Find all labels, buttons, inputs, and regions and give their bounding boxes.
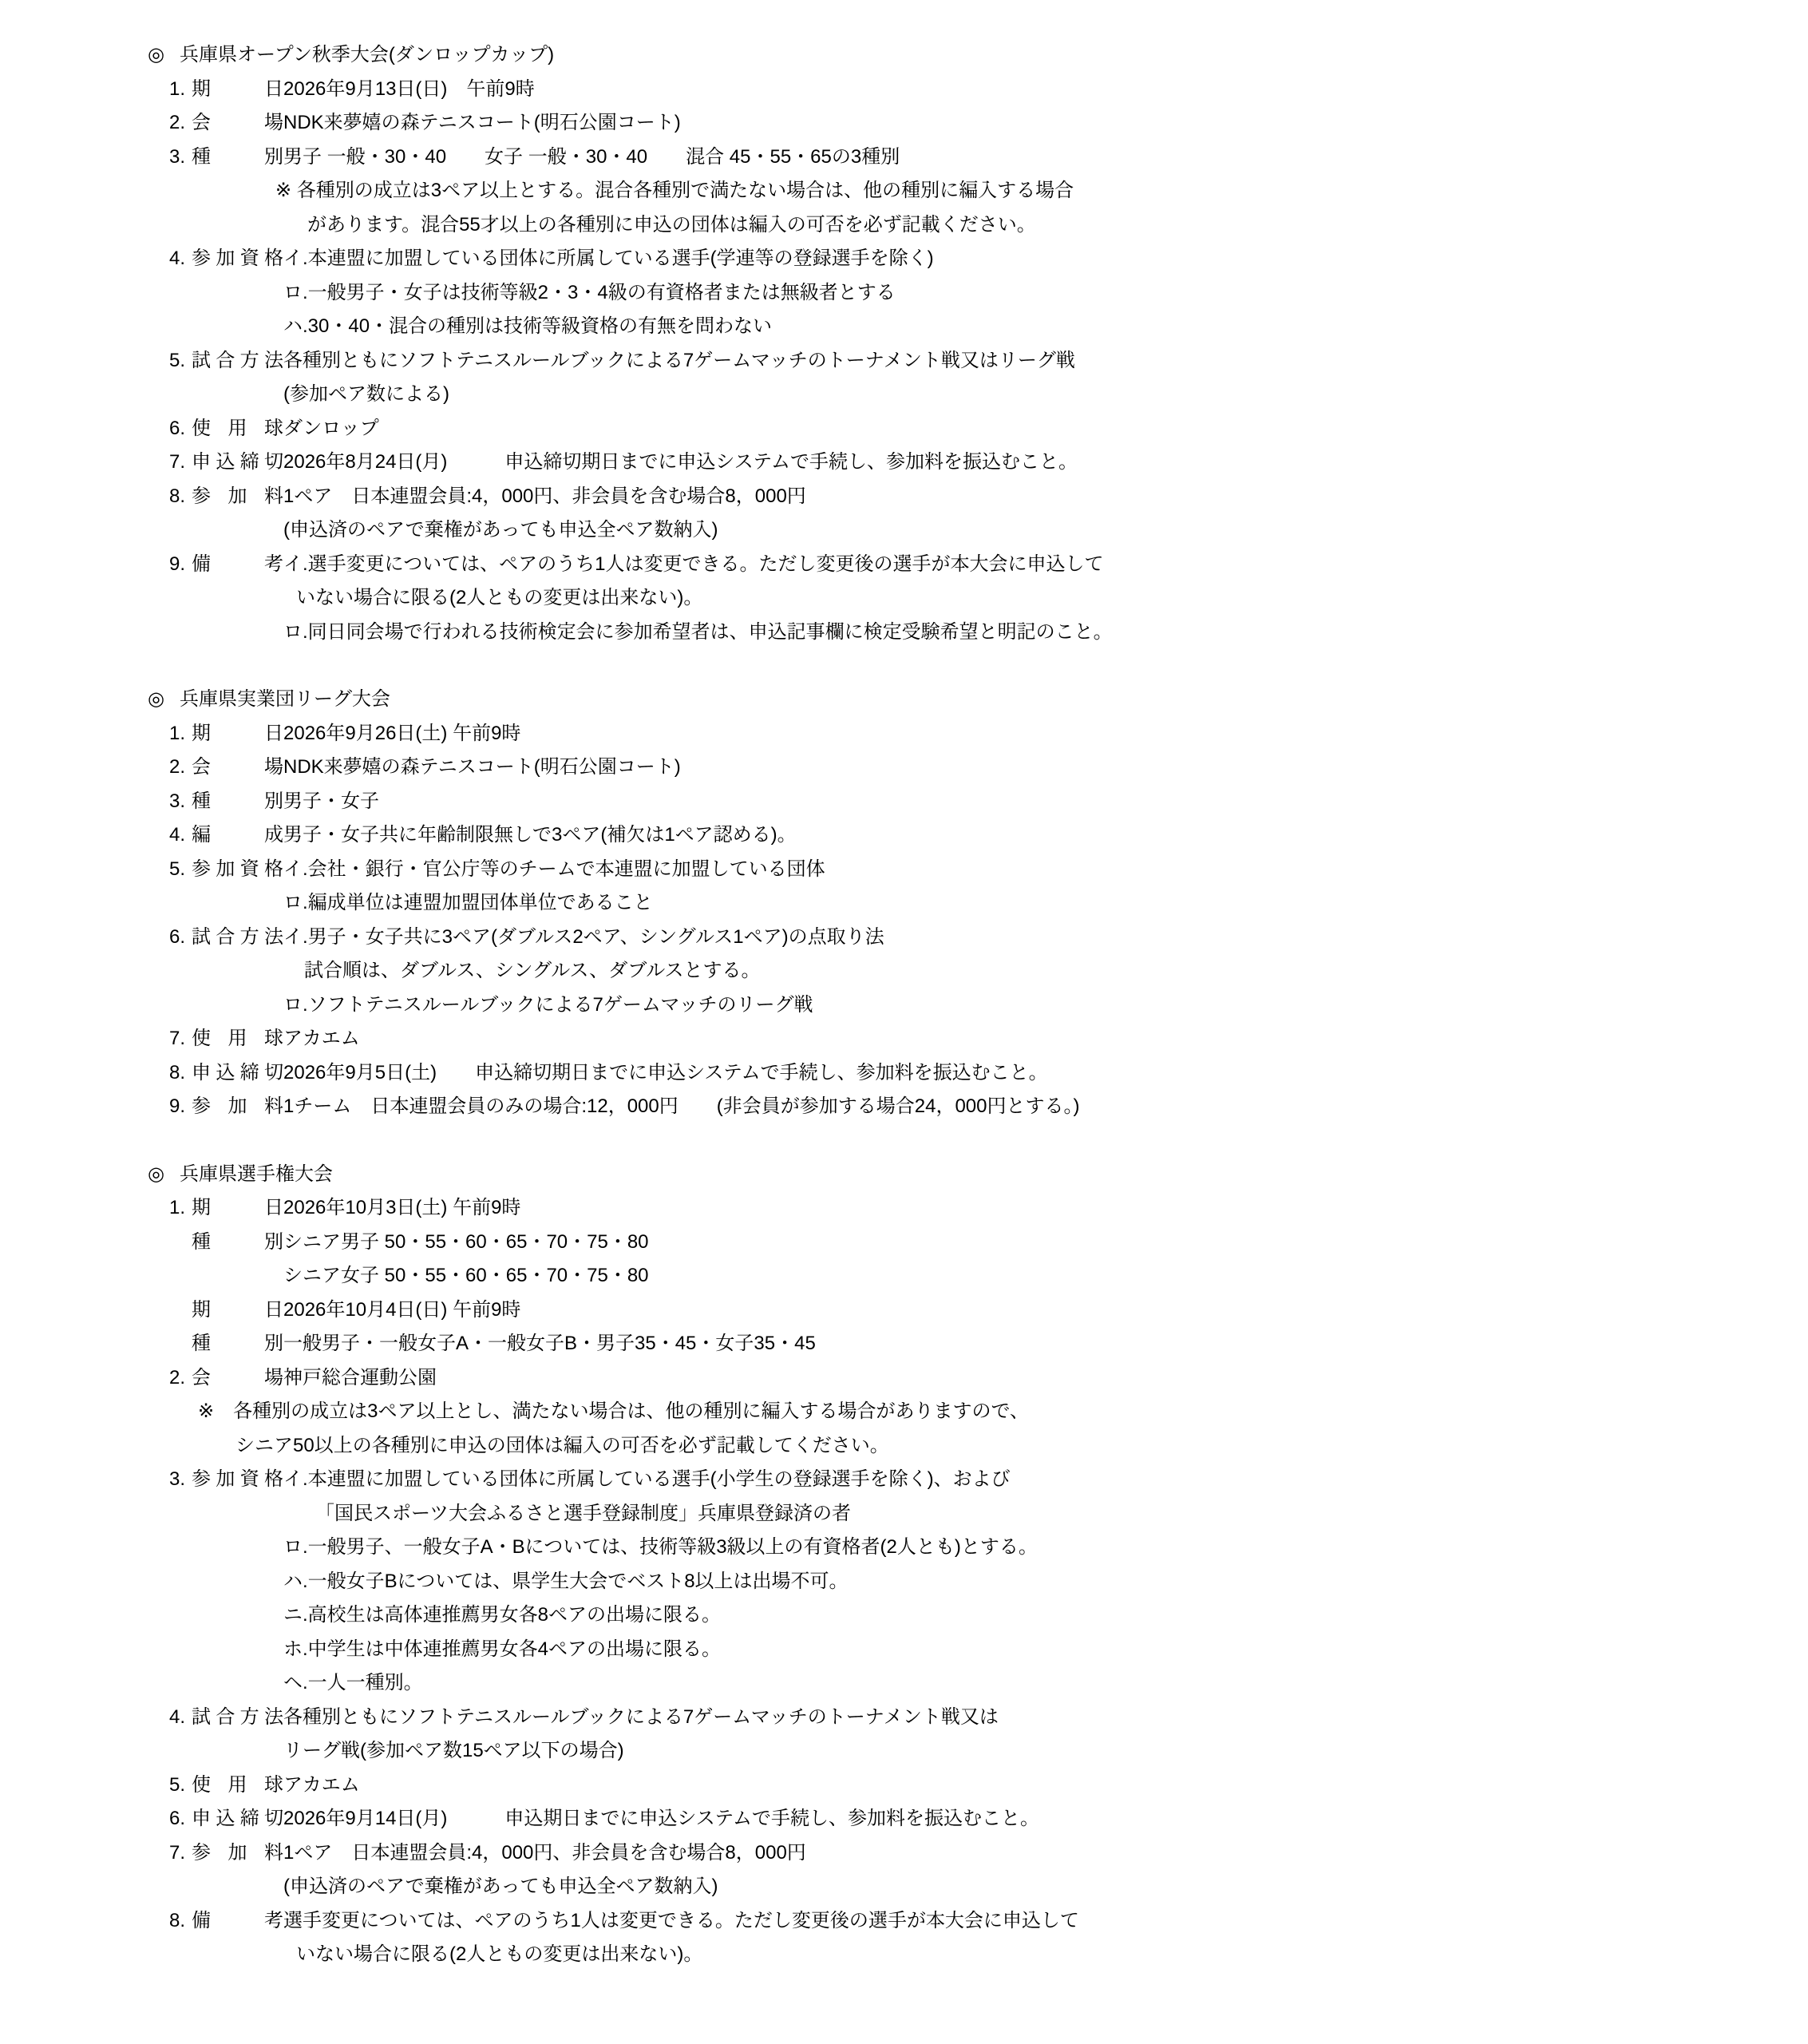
item-label: 会場 bbox=[192, 751, 283, 785]
item-label: 参加料 bbox=[192, 480, 283, 514]
item-number: 8. bbox=[169, 1056, 185, 1091]
doc-row: 9. 参加料 1チーム 日本連盟会員のみの場合:12，000円 (非会員が参加す… bbox=[148, 1090, 1776, 1124]
item-number: 7. bbox=[169, 446, 185, 480]
document-body: ◎ 兵庫県オープン秋季大会(ダンロップカップ) 1. 期日 2026年9月13日… bbox=[148, 38, 1776, 1972]
item-label: 種別 bbox=[192, 1226, 283, 1260]
item-number: 2. bbox=[169, 106, 185, 141]
item-text: アカエム bbox=[283, 1769, 360, 1803]
item-text: シニア50以上の各種別に申込の団体は編入の可否を必ず記載してください。 bbox=[235, 1429, 889, 1464]
item-text: イ.本連盟に加盟している団体に所属している選手(小学生の登録選手を除く)、および bbox=[283, 1463, 1011, 1497]
doc-row: ヘ.一人一種別。 bbox=[148, 1666, 1776, 1701]
item-text: 2026年8月24日(月) 申込締切期日までに申込システムで手続し、参加料を振込… bbox=[283, 446, 1078, 480]
item-text: イ.本連盟に加盟している団体に所属している選手(学連等の登録選手を除く) bbox=[283, 242, 934, 276]
doc-row: ※ 各種別の成立は3ペア以上とする。混合各種別で満たない場合は、他の種別に編入す… bbox=[148, 174, 1776, 208]
doc-row: 「国民スポーツ大会ふるさと選手登録制度」兵庫県登録済の者 bbox=[148, 1497, 1776, 1531]
doc-row: 6. 試合方法 イ.男子・女子共に3ペア(ダブルス2ペア、シングルス1ペア)の点… bbox=[148, 921, 1776, 955]
item-text: アカエム bbox=[283, 1022, 360, 1056]
item-text: ニ.高校生は高体連推薦男女各8ペアの出場に限る。 bbox=[283, 1598, 721, 1633]
double-circle-marker-icon: ◎ bbox=[148, 683, 164, 717]
doc-row: 種別 シニア男子 50・55・60・65・70・75・80 bbox=[148, 1226, 1776, 1260]
section-heading: ◎ 兵庫県オープン秋季大会(ダンロップカップ) bbox=[148, 38, 1776, 73]
item-text: 2026年10月4日(日) 午前9時 bbox=[283, 1293, 520, 1328]
item-text: があります。混合55才以上の各種別に申込の団体は編入の可否を必ず記載ください。 bbox=[307, 208, 1036, 243]
item-number: 7. bbox=[169, 1022, 185, 1056]
section-title: 兵庫県オープン秋季大会(ダンロップカップ) bbox=[180, 38, 554, 73]
doc-row: 4. 参加資格 イ.本連盟に加盟している団体に所属している選手(学連等の登録選手… bbox=[148, 242, 1776, 276]
item-label: 備考 bbox=[192, 548, 283, 582]
item-text: (申込済のペアで棄権があっても申込全ペア数納入) bbox=[283, 513, 718, 548]
item-number: 2. bbox=[169, 751, 185, 785]
doc-row: 8. 参加料 1ペア 日本連盟会員:4，000円、非会員を含む場合8，000円 bbox=[148, 480, 1776, 514]
doc-row: 7. 申込締切 2026年8月24日(月) 申込締切期日までに申込システムで手続… bbox=[148, 446, 1776, 480]
doc-row: ロ.同日同会場で行われる技術検定会に参加希望者は、申込記事欄に検定受験希望と明記… bbox=[148, 616, 1776, 650]
item-label: 編成 bbox=[192, 818, 283, 853]
item-text: 2026年9月14日(月) 申込期日までに申込システムで手続し、参加料を振込むこ… bbox=[283, 1802, 1039, 1836]
item-number: 7. bbox=[169, 1836, 185, 1871]
item-text: 1ペア 日本連盟会員:4，000円、非会員を含む場合8，000円 bbox=[283, 480, 806, 514]
item-label: 参加資格 bbox=[192, 1463, 283, 1497]
item-text: 男子・女子共に年齢制限無しで3ペア(補欠は1ペア認める)。 bbox=[283, 818, 797, 853]
doc-row: リーグ戦(参加ペア数15ペア以下の場合) bbox=[148, 1734, 1776, 1769]
item-number: 4. bbox=[169, 242, 185, 276]
item-text: 選手変更については、ペアのうち1人は変更できる。ただし変更後の選手が本大会に申込… bbox=[283, 1904, 1079, 1939]
item-number: 4. bbox=[169, 818, 185, 853]
doc-row: いない場合に限る(2人ともの変更は出来ない)。 bbox=[148, 581, 1776, 616]
item-text: ※ 各種別の成立は3ペア以上とし、満たない場合は、他の種別に編入する場合がありま… bbox=[198, 1395, 1029, 1429]
doc-row: 4. 編成 男子・女子共に年齢制限無しで3ペア(補欠は1ペア認める)。 bbox=[148, 818, 1776, 853]
item-text: ロ.一般男子、一般女子A・Bについては、技術等級3級以上の有資格者(2人とも)と… bbox=[283, 1531, 1038, 1565]
doc-row: ロ.編成単位は連盟加盟団体単位であること bbox=[148, 886, 1776, 921]
doc-row: があります。混合55才以上の各種別に申込の団体は編入の可否を必ず記載ください。 bbox=[148, 208, 1776, 243]
item-text: 男子 一般・30・40 女子 一般・30・40 混合 45・55・65の3種別 bbox=[283, 141, 900, 175]
doc-row: 5. 試合方法 各種別ともにソフトテニスルールブックによる7ゲームマッチのトーナ… bbox=[148, 344, 1776, 378]
item-text: ホ.中学生は中体連推薦男女各4ペアの出場に限る。 bbox=[283, 1633, 721, 1667]
item-text: ロ.編成単位は連盟加盟団体単位であること bbox=[283, 886, 653, 921]
item-number: 5. bbox=[169, 1769, 185, 1803]
doc-row: いない場合に限る(2人ともの変更は出来ない)。 bbox=[148, 1938, 1776, 1972]
item-label: 使用球 bbox=[192, 1022, 283, 1056]
doc-row: 3. 種別 男子・女子 bbox=[148, 785, 1776, 819]
item-number: 3. bbox=[169, 1463, 185, 1497]
doc-row: 6. 使用球 ダンロップ bbox=[148, 412, 1776, 446]
item-text: 各種別ともにソフトテニスルールブックによる7ゲームマッチのトーナメント戦又は bbox=[283, 1701, 999, 1735]
doc-row: 2. 会場 NDK来夢嬉の森テニスコート(明石公園コート) bbox=[148, 106, 1776, 141]
item-text: 試合順は、ダブルス、シングルス、ダブルスとする。 bbox=[304, 954, 761, 988]
item-number: 8. bbox=[169, 480, 185, 514]
doc-row: ニ.高校生は高体連推薦男女各8ペアの出場に限る。 bbox=[148, 1598, 1776, 1633]
doc-row: 試合順は、ダブルス、シングルス、ダブルスとする。 bbox=[148, 954, 1776, 988]
item-number: 3. bbox=[169, 141, 185, 175]
section-title: 兵庫県実業団リーグ大会 bbox=[180, 683, 390, 717]
doc-row: 7. 参加料 1ペア 日本連盟会員:4，000円、非会員を含む場合8，000円 bbox=[148, 1836, 1776, 1871]
doc-row: 種別 一般男子・一般女子A・一般女子B・男子35・45・女子35・45 bbox=[148, 1327, 1776, 1361]
doc-row: 8. 申込締切 2026年9月5日(土) 申込締切期日までに申込システムで手続し… bbox=[148, 1056, 1776, 1091]
doc-row: ※ 各種別の成立は3ペア以上とし、満たない場合は、他の種別に編入する場合がありま… bbox=[148, 1395, 1776, 1429]
item-label: 参加資格 bbox=[192, 853, 283, 887]
item-label: 期日 bbox=[192, 717, 283, 751]
item-text: シニア男子 50・55・60・65・70・75・80 bbox=[283, 1226, 649, 1260]
section-rows: 1. 期日 2026年9月13日(日) 午前9時 2. 会場 NDK来夢嬉の森テ… bbox=[148, 73, 1776, 650]
item-text: ※ 各種別の成立は3ペア以上とする。混合各種別で満たない場合は、他の種別に編入す… bbox=[275, 174, 1074, 208]
item-number: 5. bbox=[169, 344, 185, 378]
item-text: (参加ペア数による) bbox=[283, 378, 449, 412]
doc-row: 2. 会場 神戸総合運動公園 bbox=[148, 1361, 1776, 1396]
item-text: イ.選手変更については、ペアのうち1人は変更できる。ただし変更後の選手が本大会に… bbox=[283, 548, 1104, 582]
item-text: NDK来夢嬉の森テニスコート(明石公園コート) bbox=[283, 751, 681, 785]
section: ◎ 兵庫県選手権大会 1. 期日 2026年10月3日(土) 午前9時 種別 シ… bbox=[148, 1158, 1776, 1972]
item-text: シニア女子 50・55・60・65・70・75・80 bbox=[283, 1259, 649, 1293]
item-text: ハ.30・40・混合の種別は技術等級資格の有無を問わない bbox=[283, 310, 772, 344]
doc-row: 3. 参加資格 イ.本連盟に加盟している団体に所属している選手(小学生の登録選手… bbox=[148, 1463, 1776, 1497]
item-text: ダンロップ bbox=[283, 412, 379, 446]
item-text: 2026年10月3日(土) 午前9時 bbox=[283, 1191, 520, 1226]
item-number: 3. bbox=[169, 785, 185, 819]
section-heading: ◎ 兵庫県選手権大会 bbox=[148, 1158, 1776, 1192]
doc-row: ロ.一般男子・女子は技術等級2・3・4級の有資格者または無級者とする bbox=[148, 276, 1776, 311]
section-title: 兵庫県選手権大会 bbox=[180, 1158, 333, 1192]
doc-row: シニア50以上の各種別に申込の団体は編入の可否を必ず記載してください。 bbox=[148, 1429, 1776, 1464]
item-text: ハ.一般女子Bについては、県学生大会でベスト8以上は出場不可。 bbox=[283, 1565, 849, 1599]
item-number: 6. bbox=[169, 921, 185, 955]
item-label: 試合方法 bbox=[192, 344, 283, 378]
item-number: 6. bbox=[169, 1802, 185, 1836]
item-label: 使用球 bbox=[192, 412, 283, 446]
doc-row: 9. 備考 イ.選手変更については、ペアのうち1人は変更できる。ただし変更後の選… bbox=[148, 548, 1776, 582]
section-rows: 1. 期日 2026年10月3日(土) 午前9時 種別 シニア男子 50・55・… bbox=[148, 1191, 1776, 1972]
item-label: 種別 bbox=[192, 785, 283, 819]
item-label: 会場 bbox=[192, 106, 283, 141]
item-label: 種別 bbox=[192, 1327, 283, 1361]
section: ◎ 兵庫県オープン秋季大会(ダンロップカップ) 1. 期日 2026年9月13日… bbox=[148, 38, 1776, 649]
doc-row: 1. 期日 2026年10月3日(土) 午前9時 bbox=[148, 1191, 1776, 1226]
doc-row: 4. 試合方法 各種別ともにソフトテニスルールブックによる7ゲームマッチのトーナ… bbox=[148, 1701, 1776, 1735]
item-label: 種別 bbox=[192, 141, 283, 175]
item-text: ロ.一般男子・女子は技術等級2・3・4級の有資格者または無級者とする bbox=[283, 276, 896, 311]
doc-row: ホ.中学生は中体連推薦男女各4ペアの出場に限る。 bbox=[148, 1633, 1776, 1667]
item-text: 1ペア 日本連盟会員:4，000円、非会員を含む場合8，000円 bbox=[283, 1836, 806, 1871]
item-label: 試合方法 bbox=[192, 921, 283, 955]
doc-row: (参加ペア数による) bbox=[148, 378, 1776, 412]
doc-row: 1. 期日 2026年9月26日(土) 午前9時 bbox=[148, 717, 1776, 751]
item-text: (申込済のペアで棄権があっても申込全ペア数納入) bbox=[283, 1870, 718, 1904]
double-circle-marker-icon: ◎ bbox=[148, 1158, 164, 1192]
doc-row: ロ.ソフトテニスルールブックによる7ゲームマッチのリーグ戦 bbox=[148, 988, 1776, 1023]
doc-row: (申込済のペアで棄権があっても申込全ペア数納入) bbox=[148, 1870, 1776, 1904]
item-number: 5. bbox=[169, 853, 185, 887]
item-label: 試合方法 bbox=[192, 1701, 283, 1735]
item-text: いない場合に限る(2人ともの変更は出来ない)。 bbox=[296, 1938, 702, 1972]
item-label: 参加料 bbox=[192, 1836, 283, 1871]
item-text: リーグ戦(参加ペア数15ペア以下の場合) bbox=[283, 1734, 624, 1769]
item-number: 2. bbox=[169, 1361, 185, 1396]
item-text: イ.男子・女子共に3ペア(ダブルス2ペア、シングルス1ペア)の点取り法 bbox=[283, 921, 884, 955]
doc-row: 2. 会場 NDK来夢嬉の森テニスコート(明石公園コート) bbox=[148, 751, 1776, 785]
item-label: 期日 bbox=[192, 1293, 283, 1328]
item-text: いない場合に限る(2人ともの変更は出来ない)。 bbox=[296, 581, 702, 616]
doc-row: (申込済のペアで棄権があっても申込全ペア数納入) bbox=[148, 513, 1776, 548]
item-number: 4. bbox=[169, 1701, 185, 1735]
double-circle-marker-icon: ◎ bbox=[148, 38, 164, 73]
item-text: 各種別ともにソフトテニスルールブックによる7ゲームマッチのトーナメント戦又はリー… bbox=[283, 344, 1075, 378]
item-text: 「国民スポーツ大会ふるさと選手登録制度」兵庫県登録済の者 bbox=[315, 1497, 851, 1531]
item-label: 期日 bbox=[192, 73, 283, 107]
item-text: NDK来夢嬉の森テニスコート(明石公園コート) bbox=[283, 106, 681, 141]
item-label: 申込締切 bbox=[192, 446, 283, 480]
item-number: 1. bbox=[169, 1191, 185, 1226]
item-text: 1チーム 日本連盟会員のみの場合:12，000円 (非会員が参加する場合24，0… bbox=[283, 1090, 1079, 1124]
item-label: 申込締切 bbox=[192, 1802, 283, 1836]
doc-row: 5. 使用球 アカエム bbox=[148, 1769, 1776, 1803]
item-label: 参加資格 bbox=[192, 242, 283, 276]
item-label: 会場 bbox=[192, 1361, 283, 1396]
doc-row: 7. 使用球 アカエム bbox=[148, 1022, 1776, 1056]
item-text: ロ.同日同会場で行われる技術検定会に参加希望者は、申込記事欄に検定受験希望と明記… bbox=[283, 616, 1113, 650]
doc-row: 6. 申込締切 2026年9月14日(月) 申込期日までに申込システムで手続し、… bbox=[148, 1802, 1776, 1836]
item-number: 9. bbox=[169, 1090, 185, 1124]
doc-row: ハ.一般女子Bについては、県学生大会でベスト8以上は出場不可。 bbox=[148, 1565, 1776, 1599]
item-number: 1. bbox=[169, 717, 185, 751]
doc-row: ロ.一般男子、一般女子A・Bについては、技術等級3級以上の有資格者(2人とも)と… bbox=[148, 1531, 1776, 1565]
item-label: 申込締切 bbox=[192, 1056, 283, 1091]
item-text: ロ.ソフトテニスルールブックによる7ゲームマッチのリーグ戦 bbox=[283, 988, 813, 1023]
section-heading: ◎ 兵庫県実業団リーグ大会 bbox=[148, 683, 1776, 717]
item-text: 2026年9月13日(日) 午前9時 bbox=[283, 73, 535, 107]
item-number: 9. bbox=[169, 548, 185, 582]
doc-row: 期日 2026年10月4日(日) 午前9時 bbox=[148, 1293, 1776, 1328]
item-text: 2026年9月5日(土) 申込締切期日までに申込システムで手続し、参加料を振込む… bbox=[283, 1056, 1048, 1091]
doc-row: 3. 種別 男子 一般・30・40 女子 一般・30・40 混合 45・55・6… bbox=[148, 141, 1776, 175]
doc-row: 8. 備考 選手変更については、ペアのうち1人は変更できる。ただし変更後の選手が… bbox=[148, 1904, 1776, 1939]
document: ◎ 兵庫県オープン秋季大会(ダンロップカップ) 1. 期日 2026年9月13日… bbox=[0, 0, 1808, 2044]
item-text: 2026年9月26日(土) 午前9時 bbox=[283, 717, 520, 751]
doc-row: シニア女子 50・55・60・65・70・75・80 bbox=[148, 1259, 1776, 1293]
item-text: イ.会社・銀行・官公庁等のチームで本連盟に加盟している団体 bbox=[283, 853, 825, 887]
doc-row: ハ.30・40・混合の種別は技術等級資格の有無を問わない bbox=[148, 310, 1776, 344]
item-label: 備考 bbox=[192, 1904, 283, 1939]
doc-row: 1. 期日 2026年9月13日(日) 午前9時 bbox=[148, 73, 1776, 107]
item-text: 神戸総合運動公園 bbox=[283, 1361, 437, 1396]
item-label: 使用球 bbox=[192, 1769, 283, 1803]
section: ◎ 兵庫県実業団リーグ大会 1. 期日 2026年9月26日(土) 午前9時 2… bbox=[148, 683, 1776, 1124]
item-number: 1. bbox=[169, 73, 185, 107]
item-label: 期日 bbox=[192, 1191, 283, 1226]
item-number: 8. bbox=[169, 1904, 185, 1939]
item-text: 男子・女子 bbox=[283, 785, 379, 819]
section-rows: 1. 期日 2026年9月26日(土) 午前9時 2. 会場 NDK来夢嬉の森テ… bbox=[148, 717, 1776, 1124]
item-number: 6. bbox=[169, 412, 185, 446]
doc-row: 5. 参加資格 イ.会社・銀行・官公庁等のチームで本連盟に加盟している団体 bbox=[148, 853, 1776, 887]
item-text: 一般男子・一般女子A・一般女子B・男子35・45・女子35・45 bbox=[283, 1327, 816, 1361]
item-text: ヘ.一人一種別。 bbox=[283, 1666, 423, 1701]
item-label: 参加料 bbox=[192, 1090, 283, 1124]
